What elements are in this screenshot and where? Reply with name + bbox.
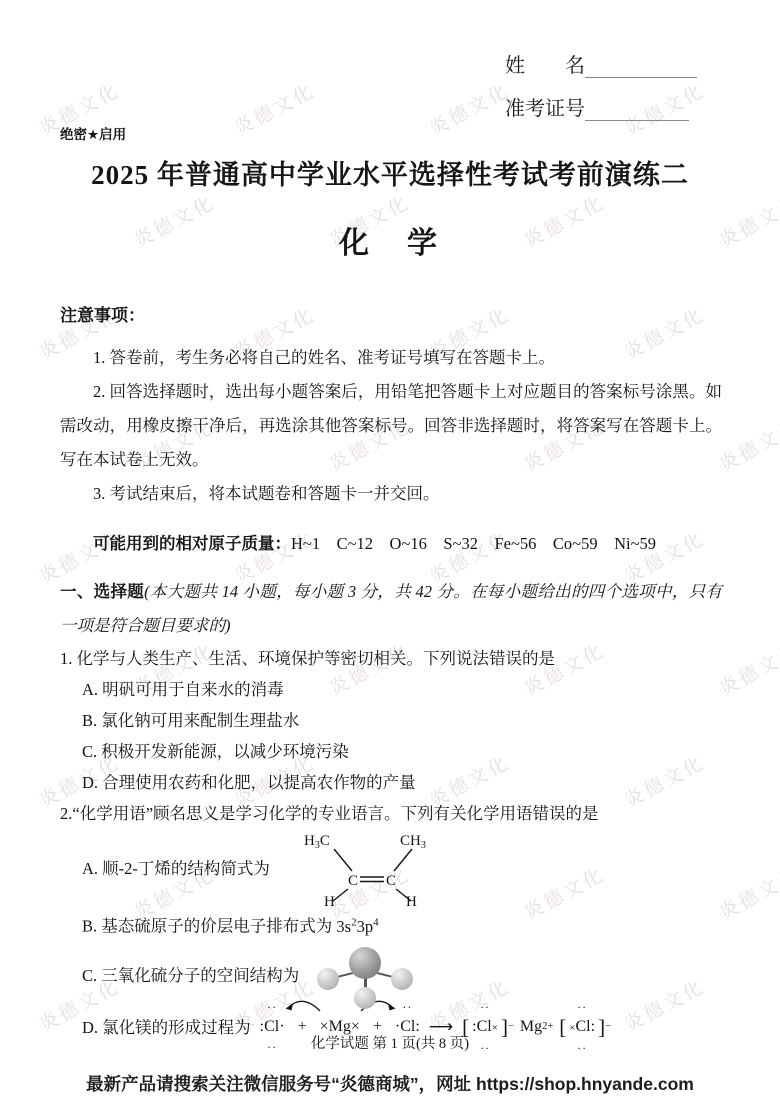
watermark-text: 炎德文化	[714, 412, 780, 477]
q2-option-c-label: C. 三氧化硫分子的空间结构为	[82, 960, 299, 991]
name-fill-line	[585, 51, 697, 78]
exam-body: 注意事项： 1. 答卷前，考生务必将自己的姓名、准考证号填写在答题卡上。 2. …	[60, 303, 722, 1045]
svg-text:H: H	[324, 894, 335, 907]
electron-configuration: 3s23p4	[336, 917, 378, 936]
question-2: 2.“化学用语”顾名思义是学习化学的专业语言。下列有关化学用语错误的是 A. 顺…	[60, 798, 722, 1045]
section-heading-note: (本大题共 14 小题，每小题 3 分，共 42 分。在每小题给出的四个选项中，…	[60, 582, 722, 635]
svg-text:CH3: CH3	[400, 833, 426, 851]
q2-option-a: A. 顺-2-丁烯的结构简式为 H3C CH3 C C H H	[60, 829, 722, 907]
notice-item-2: 2. 回答选择题时，选出每小题答案后，用铅笔把答题卡上对应题目的答案标号涂黑。如…	[60, 375, 722, 477]
curved-arrow-left-icon	[284, 998, 322, 1014]
q1-option-c: C. 积极开发新能源，以减少环境污染	[60, 736, 722, 767]
watermark-text: 炎德文化	[714, 860, 780, 925]
notice-item-1: 1. 答卷前，考生务必将自己的姓名、准考证号填写在答题卡上。	[60, 341, 722, 375]
exam-id-fill-line	[585, 94, 689, 121]
promo-footer: 最新产品请搜索关注微信服务号“炎德商城”，网址 https://shop.hny…	[0, 1071, 780, 1096]
watermark-text: 炎德文化	[424, 76, 514, 141]
section-heading: 一、选择题(本大题共 14 小题，每小题 3 分，共 42 分。在每小题给出的四…	[60, 575, 722, 643]
svg-text:C: C	[348, 873, 358, 889]
section-heading-title: 一、选择题	[60, 583, 144, 601]
q1-option-b: B. 氯化钠可用来配制生理盐水	[60, 705, 722, 736]
oxygen-sphere-left	[317, 968, 339, 990]
exam-id-row: 准考证号	[505, 87, 735, 121]
sulfur-sphere	[349, 947, 381, 979]
q2-option-b: B. 基态硫原子的价层电子排布式为 3s23p4	[60, 907, 722, 942]
notice-item-3: 3. 考试结束后，将本试题卷和答题卡一并交回。	[60, 477, 722, 511]
q1-stem: 1. 化学与人类生产、生活、环境保护等密切相关。下列说法错误的是	[60, 643, 722, 674]
oxygen-sphere-bottom	[354, 987, 376, 1009]
oxygen-sphere-right	[391, 968, 413, 990]
notice-heading: 注意事项：	[60, 303, 722, 329]
question-1: 1. 化学与人类生产、生活、环境保护等密切相关。下列说法错误的是 A. 明矾可用…	[60, 643, 722, 798]
page-number-footer: 化学试题 第 1 页(共 8 页)	[0, 1032, 780, 1053]
cis-2-butene-structure: H3C CH3 C C H H	[296, 829, 446, 907]
candidate-name-row: 姓 名	[505, 44, 735, 78]
atomic-masses-line: 可能用到的相对原子质量：H~1 C~12 O~16 S~32 Fe~56 Co~…	[60, 527, 722, 561]
name-label: 姓 名	[505, 49, 585, 78]
watermark-text: 炎德文化	[714, 636, 780, 701]
bond-left	[337, 972, 353, 978]
q2-option-b-label: B. 基态硫原子的价层电子排布式为	[82, 917, 332, 936]
q2-stem: 2.“化学用语”顾名思义是学习化学的专业语言。下列有关化学用语错误的是	[60, 798, 722, 829]
q1-option-a: A. 明矾可用于自来水的消毒	[60, 674, 722, 705]
candidate-info-block: 姓 名 准考证号	[505, 44, 735, 130]
exam-id-label: 准考证号	[505, 92, 585, 121]
q1-option-d: D. 合理使用农药和化肥，以提高农作物的产量	[60, 767, 722, 798]
subject-title: 化 学	[0, 218, 780, 262]
exam-title: 2025 年普通高中学业水平选择性考试考前演练二	[0, 153, 780, 192]
watermark-text: 炎德文化	[229, 76, 319, 141]
atomic-masses-label: 可能用到的相对原子质量：	[93, 535, 291, 553]
svg-text:H: H	[406, 894, 417, 907]
svg-text:H3C: H3C	[304, 833, 330, 851]
atomic-masses-values: H~1 C~12 O~16 S~32 Fe~56 Co~59 Ni~59	[291, 534, 656, 553]
q2-option-a-label: A. 顺-2-丁烯的结构简式为	[82, 853, 270, 884]
exam-paper-page: 炎德文化炎德文化炎德文化炎德文化炎德文化炎德文化炎德文化炎德文化炎德文化炎德文化…	[0, 0, 780, 1104]
secrecy-label: 绝密★启用	[60, 123, 126, 143]
svg-text:C: C	[386, 873, 396, 889]
